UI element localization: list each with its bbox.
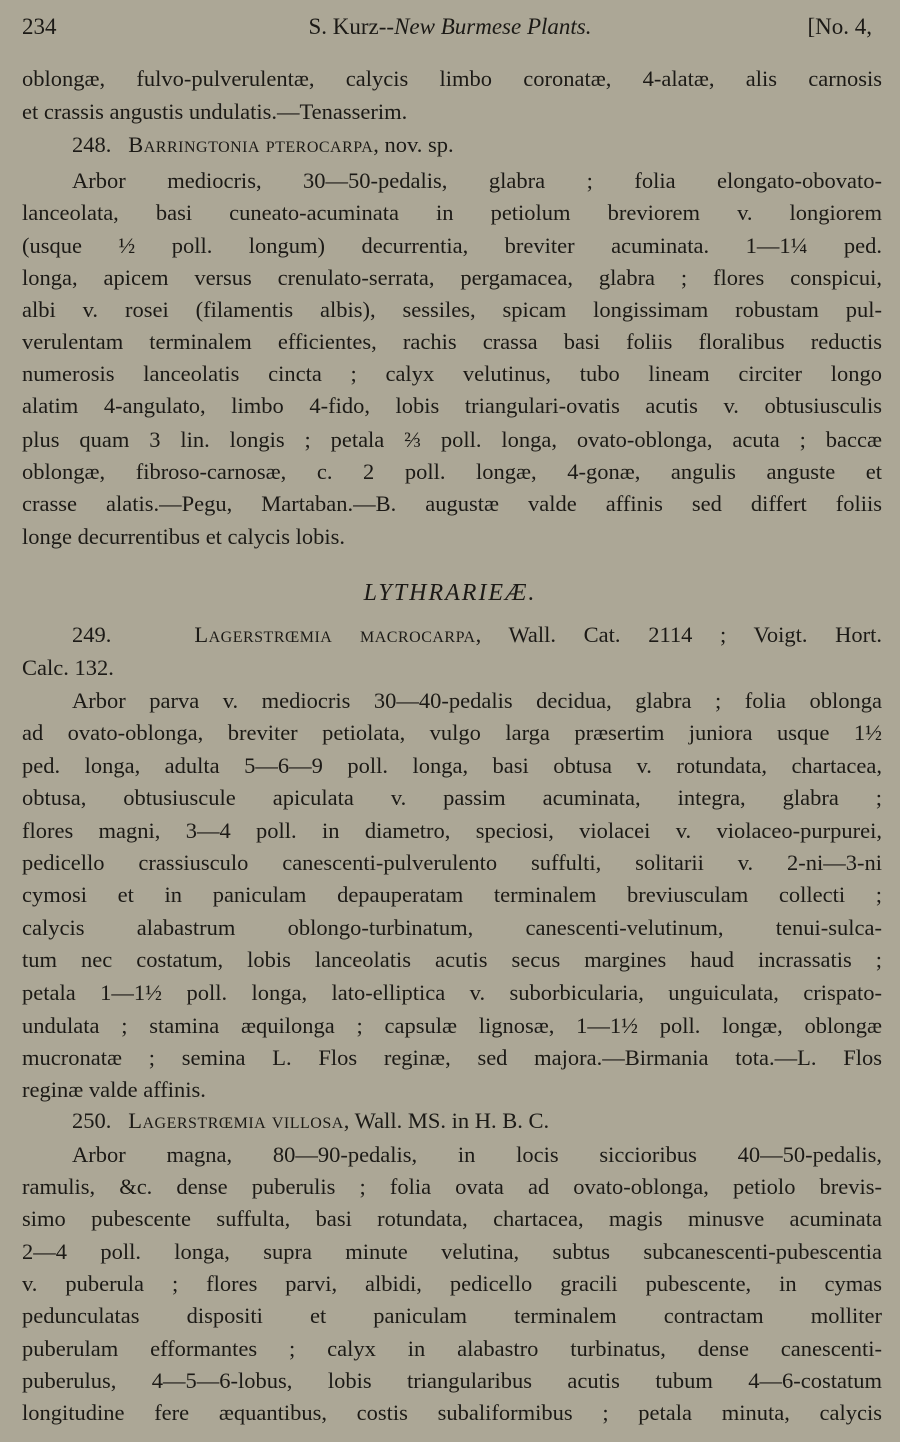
description-line: albi v. rosei (filamentis albis), sessil… xyxy=(22,294,882,326)
entry-citation: , Wall. MS. in H. B. C. xyxy=(344,1108,549,1133)
entry-number: 248. xyxy=(72,132,111,157)
description-line: lanceolata, basi cuneato-acuminata in pe… xyxy=(22,197,882,229)
description-line: obtusa, obtusiuscule apiculata v. passim… xyxy=(22,782,882,814)
description-line: Arbor mediocris, 30—50-pedalis, glabra ;… xyxy=(72,165,882,197)
description-line: undulata ; stamina æquilonga ; capsulæ l… xyxy=(22,1010,882,1042)
description-line: oblongæ, fibroso-carnosæ, c. 2 poll. lon… xyxy=(22,456,882,488)
description-line: mucronatæ ; semina L. Flos reginæ, sed m… xyxy=(22,1042,882,1074)
description-line: plus quam 3 lin. longis ; petala ⅔ poll.… xyxy=(22,424,882,456)
book-page: 234 S. Kurz--New Burmese Plants. [No. 4,… xyxy=(0,0,900,1442)
description-line: longitudine fere æquantibus, costis suba… xyxy=(22,1397,882,1429)
entry-heading-248: 248. Barringtonia pterocarpa, nov. sp. xyxy=(72,129,882,161)
description-line: flores magni, 3—4 poll. in diametro, spe… xyxy=(22,815,882,847)
description-line: petala 1—1½ poll. longa, lato-elliptica … xyxy=(22,977,882,1009)
entry-genus: Lagerstrœmia xyxy=(194,622,332,647)
description-line: cymosi et in paniculam depauperatam term… xyxy=(22,879,882,911)
entry-genus: Lagerstrœmia xyxy=(128,1108,266,1133)
entry-citation: , Wall. Cat. 2114 ; Voigt. Hort. xyxy=(476,622,882,647)
continuation-line: et crassis angustis undulatis.—Tenasseri… xyxy=(22,96,882,128)
description-line: reginæ valde affinis. xyxy=(22,1074,882,1106)
description-line: Arbor parva v. mediocris 30—40-pedalis d… xyxy=(72,685,882,717)
running-header: 234 S. Kurz--New Burmese Plants. [No. 4, xyxy=(0,14,900,48)
description-line: numerosis lanceolatis cincta ; calyx vel… xyxy=(22,358,882,390)
description-line: alatim 4-angulato, limbo 4-fido, lobis t… xyxy=(22,390,882,422)
entry-citation-cont: Calc. 132. xyxy=(22,652,882,684)
description-line: ramulis, &c. dense puberulis ; folia ova… xyxy=(22,1171,882,1203)
description-line: v. puberula ; flores parvi, albidi, pedi… xyxy=(22,1268,882,1300)
description-line: crasse alatis.—Pegu, Martaban.—B. august… xyxy=(22,488,882,520)
entry-species: macrocarpa xyxy=(360,622,476,647)
entry-heading-250: 250. Lagerstrœmia villosa, Wall. MS. in … xyxy=(72,1105,882,1137)
entry-species: pterocarpa xyxy=(266,132,374,157)
entry-species: villosa xyxy=(272,1108,344,1133)
entry-number: 249. xyxy=(72,622,111,647)
description-line: ped. longa, adulta 5—6—9 poll. longa, ba… xyxy=(22,750,882,782)
description-line: (usque ½ poll. longum) decurrentia, brev… xyxy=(22,230,882,262)
description-line: calycis alabastrum oblongo-turbinatum, c… xyxy=(22,912,882,944)
description-line: longe decurrentibus et calycis lobis. xyxy=(22,521,882,553)
issue-number: [No. 4, xyxy=(807,14,872,40)
entry-heading-249: 249. Lagerstrœmia macrocarpa, Wall. Cat.… xyxy=(72,619,882,651)
entry-number: 250. xyxy=(72,1108,111,1133)
running-title-work: New Burmese Plants. xyxy=(394,14,591,39)
description-line: verulentam terminalem efficientes, rachi… xyxy=(22,326,882,358)
continuation-line: oblongæ, fulvo-pulverulentæ, calycis lim… xyxy=(22,63,882,95)
description-line: simo pubescente suffulta, basi rotundata… xyxy=(22,1203,882,1235)
running-title-author: S. Kurz-- xyxy=(309,14,395,39)
running-title: S. Kurz--New Burmese Plants. xyxy=(0,14,900,40)
entry-citation: , nov. sp. xyxy=(373,132,453,157)
description-line: tum nec costatum, lobis lanceolatis acut… xyxy=(22,944,882,976)
description-line: puberulus, 4—5—6-lobus, lobis triangular… xyxy=(22,1365,882,1397)
entry-genus: Barringtonia xyxy=(128,132,260,157)
description-line: ad ovato-oblonga, breviter petiolata, vu… xyxy=(22,717,882,749)
description-line: 2—4 poll. longa, supra minute velutina, … xyxy=(22,1236,882,1268)
description-line: puberulam efformantes ; calyx in alabast… xyxy=(22,1333,882,1365)
description-line: pedunculatas dispositi et paniculam term… xyxy=(22,1300,882,1332)
description-line: longa, apicem versus crenulato-serrata, … xyxy=(22,262,882,294)
description-line: Arbor magna, 80—90-pedalis, in locis sic… xyxy=(72,1139,882,1171)
description-line: pedicello crassiusculo canescenti-pulver… xyxy=(22,847,882,879)
section-title: LYTHRARIEÆ. xyxy=(0,580,900,607)
